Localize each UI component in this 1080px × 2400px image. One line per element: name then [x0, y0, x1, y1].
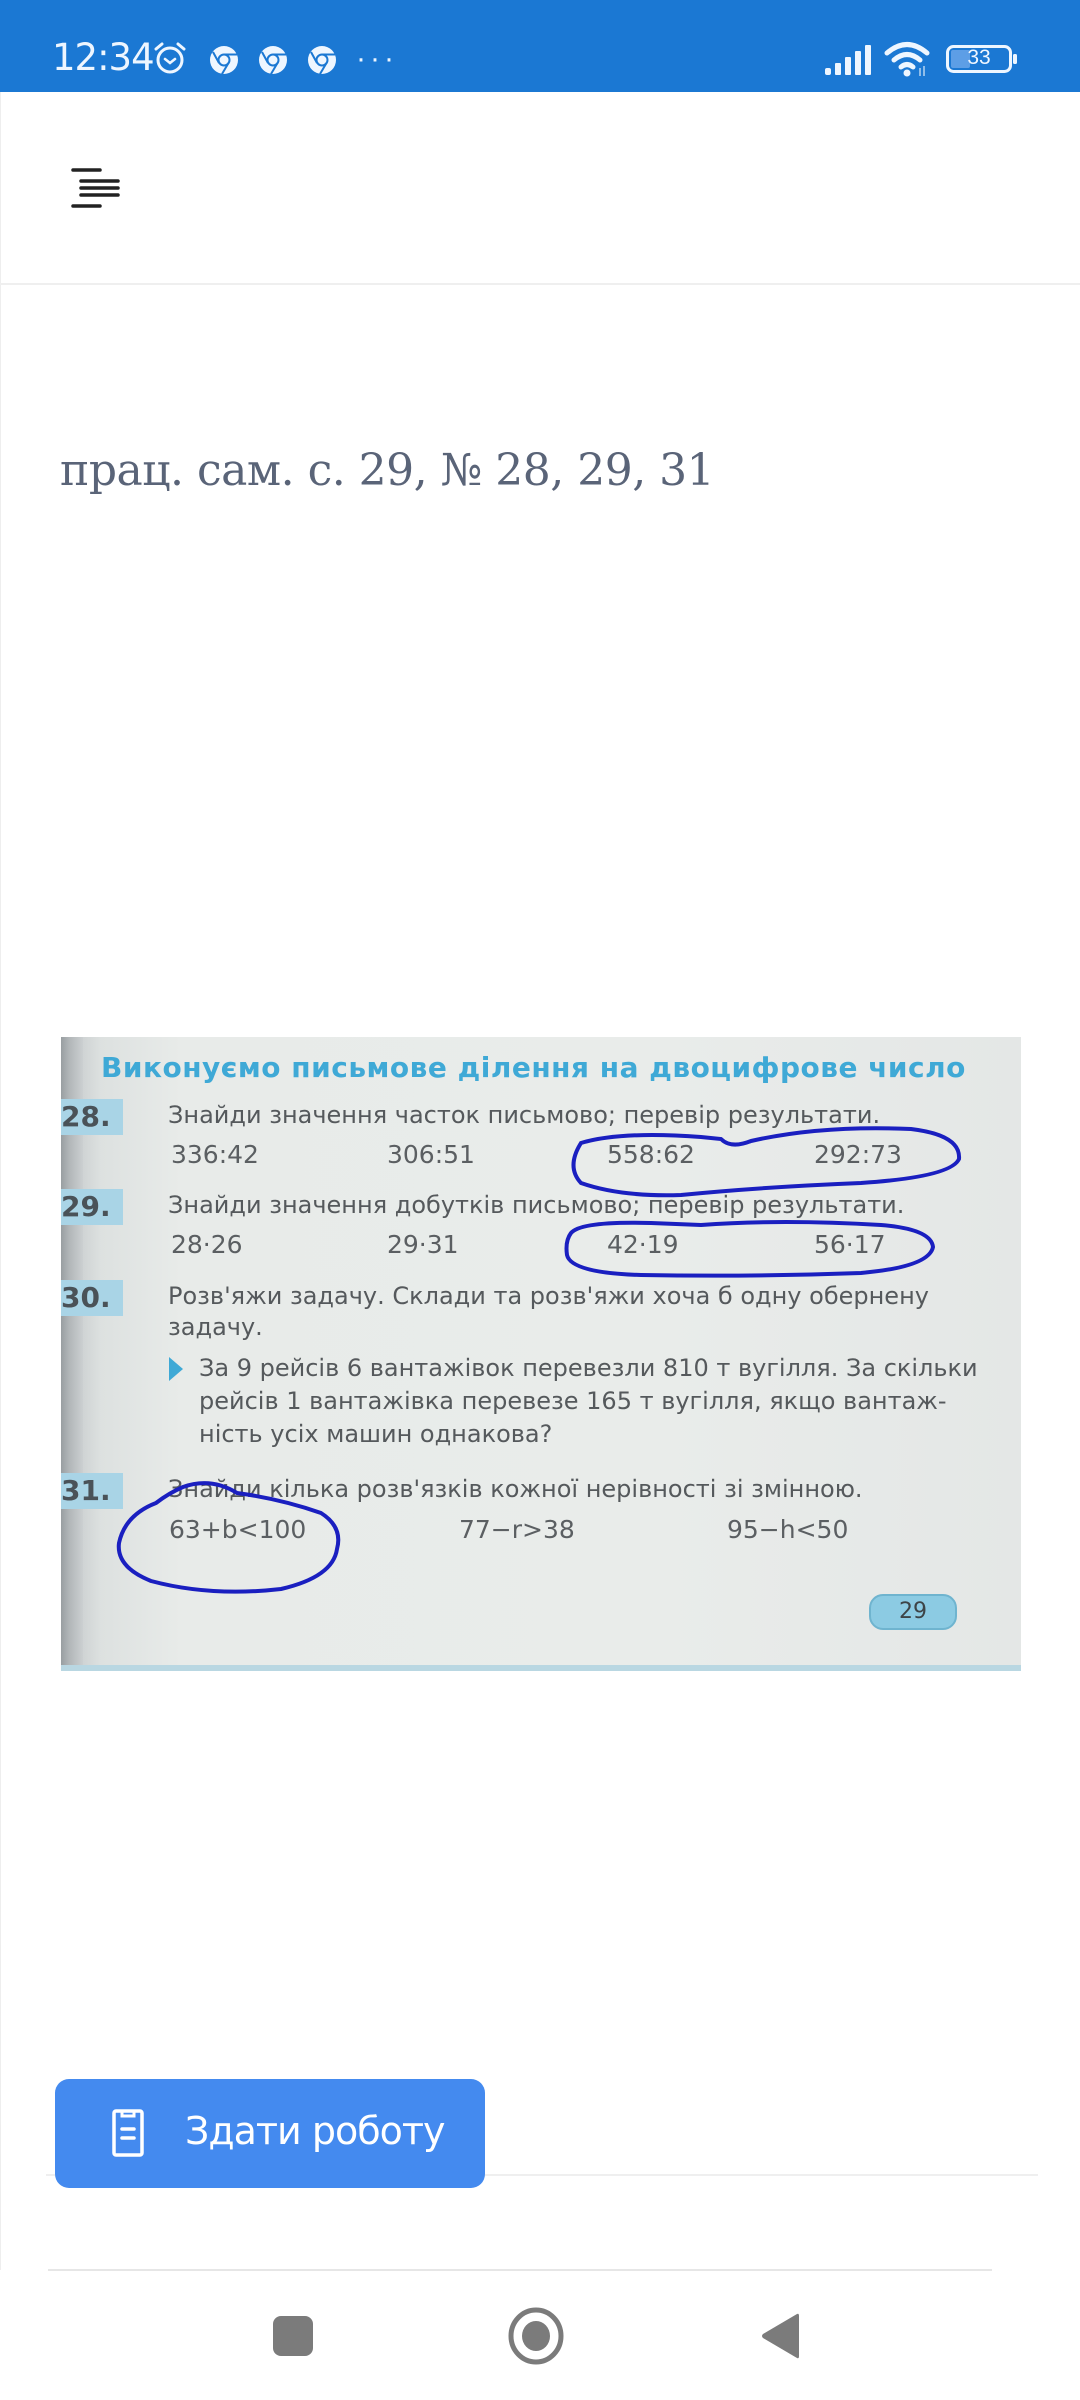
- more-icon: ···: [356, 42, 398, 76]
- signal-icon: [823, 44, 873, 76]
- chrome-icon: [258, 45, 288, 75]
- wifi-icon: [884, 40, 930, 78]
- app-header: [0, 92, 1080, 285]
- handwritten-circles: [61, 1037, 1021, 1671]
- photo-bottom-edge: [61, 1665, 1021, 1671]
- alarm-icon: [152, 40, 188, 76]
- clipboard-icon: [112, 2108, 144, 2158]
- assignment-description: прац. сам. с. 29, № 28, 29, 31: [60, 445, 714, 496]
- home-icon[interactable]: [508, 2307, 564, 2365]
- status-bar: 12:34 ··· 33: [0, 0, 1080, 92]
- status-time: 12:34: [52, 36, 154, 79]
- chrome-icon: [209, 45, 239, 75]
- submit-work-button[interactable]: Здати роботу: [55, 2079, 485, 2188]
- back-icon[interactable]: [760, 2311, 800, 2361]
- system-nav-bar: [0, 2271, 1080, 2400]
- battery-percent: 33: [946, 46, 1012, 70]
- recents-icon[interactable]: [272, 2315, 314, 2357]
- attachment-image[interactable]: Виконуємо письмове ділення на двоцифрове…: [61, 1037, 1021, 1671]
- chrome-icon: [307, 45, 337, 75]
- menu-icon[interactable]: [70, 164, 122, 212]
- submit-work-label: Здати роботу: [185, 2109, 445, 2153]
